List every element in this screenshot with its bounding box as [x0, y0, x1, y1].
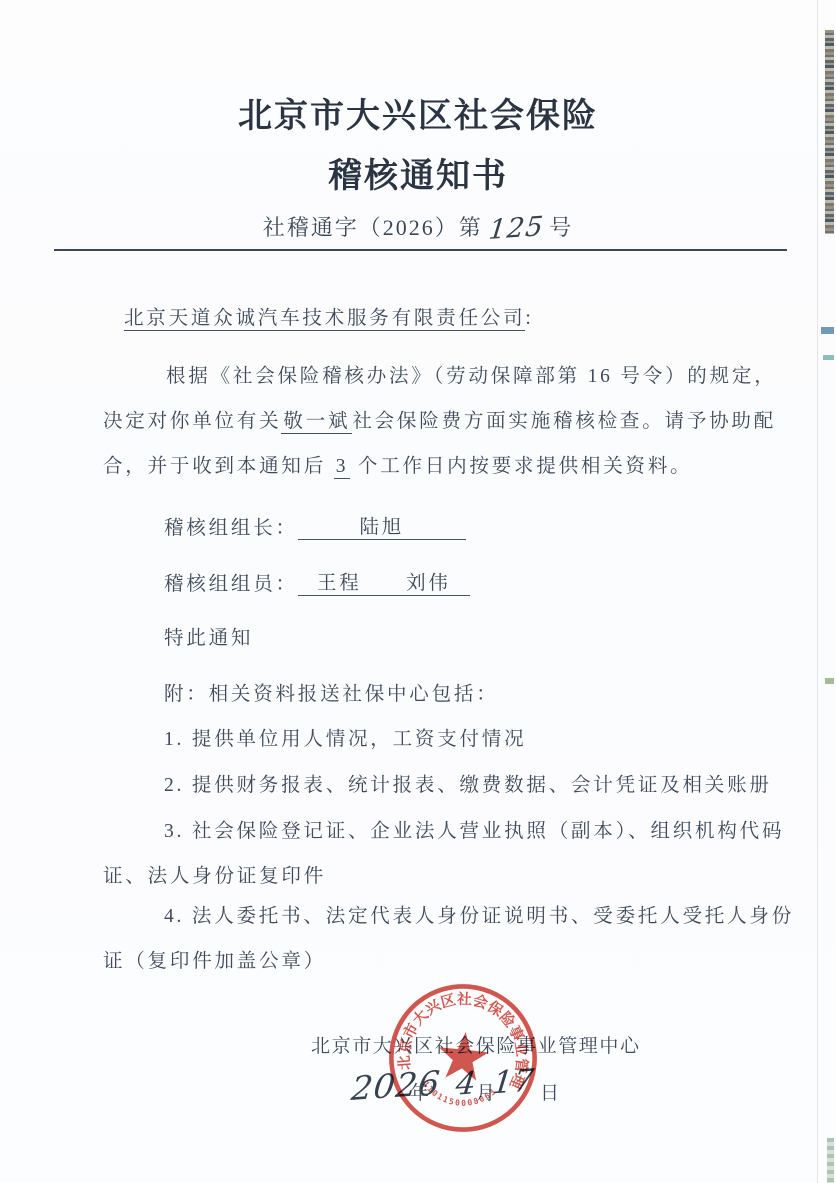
document-number-prefix: 社稽通字（2026）第: [263, 211, 483, 242]
seal-ring-text: 北京市大兴区社会保险事业管理中心: [378, 973, 540, 1092]
document-number-line: 社稽通字（2026）第 125 号: [0, 211, 836, 242]
paragraph-line2-post: 社会保险费方面实施稽核检查。请予协助配: [352, 411, 776, 432]
leader-name-blank: 陆旭: [298, 511, 466, 540]
scan-artifact-green-mark: [825, 678, 834, 684]
members-names-blank: 王程 刘伟: [298, 567, 470, 596]
handwritten-document-number: 125: [487, 211, 545, 246]
notice-text: 特此通知: [164, 622, 253, 650]
addressee-colon: :: [525, 308, 533, 329]
audit-team-leader-row: 稽核组组长：陆旭: [164, 511, 466, 540]
attachment-item-4-line2: 证（复印件加盖公章）: [103, 945, 326, 973]
attachment-item-3-line1: 3. 社会保险登记证、企业法人营业执照（副本）、组织机构代码: [164, 815, 784, 843]
paragraph-line2-pre: 决定对你单位有关: [103, 411, 281, 432]
seal-ring-text-container: 北京市大兴区社会保险事业管理中心: [378, 973, 540, 1092]
scan-artifact-blue-mark: [821, 327, 834, 334]
header-separator-line: [54, 249, 787, 251]
paragraph-line3-pre: 合，并于收到本通知后: [103, 456, 334, 477]
working-days-count: 3: [334, 456, 351, 479]
paragraph-line3-post: 个工作日内按要求提供相关资料。: [350, 456, 692, 477]
scan-artifact-noise-strip: [825, 30, 834, 234]
scan-artifact-edge-line: [817, 0, 818, 1183]
audit-team-members-row: 稽核组组员：王程 刘伟: [164, 567, 470, 596]
attachment-heading: 附：相关资料报送社保中心包括：: [164, 678, 499, 706]
attachment-item-4-line1: 4. 法人委托书、法定代表人身份证说明书、受委托人受托人身份: [164, 900, 794, 928]
addressee-company-name: 北京天道众诚汽车技术服务有限责任公司: [124, 308, 525, 331]
scan-artifact-teal-mark: [823, 355, 834, 360]
scanned-notice-page: 北京市大兴区社会保险 稽核通知书 社稽通字（2026）第 125 号 北京天道众…: [0, 0, 836, 1183]
seal-star-icon: [436, 1029, 490, 1081]
official-seal: 北京市大兴区社会保险事业管理中心 11011500080633: [378, 973, 547, 1142]
members-label: 稽核组组员：: [164, 574, 298, 595]
leader-label: 稽核组组长：: [164, 518, 298, 539]
body-paragraph-line2: 决定对你单位有关敬一斌社会保险费方面实施稽核检查。请予协助配: [103, 405, 776, 433]
scan-artifact-bottom-mark: [827, 1138, 834, 1183]
day-unit-label: 日: [540, 1078, 559, 1105]
attachment-item-2: 2. 提供财务报表、统计报表、缴费数据、会计凭证及相关账册: [164, 769, 772, 797]
document-number-suffix: 号: [549, 211, 573, 242]
attachment-item-1: 1. 提供单位用人情况，工资支付情况: [164, 723, 526, 751]
document-title-line2: 稽核通知书: [0, 158, 836, 195]
body-paragraph-line3: 合，并于收到本通知后 3 个工作日内按要求提供相关资料。: [103, 450, 692, 478]
audited-subject-name: 敬一斌: [281, 411, 352, 434]
addressee-line: 北京天道众诚汽车技术服务有限责任公司:: [124, 302, 534, 330]
body-paragraph-line1: 根据《社会保险稽核办法》（劳动保障部第 16 号令）的规定，: [166, 360, 777, 388]
document-title-line1: 北京市大兴区社会保险: [0, 98, 836, 135]
attachment-item-3-line2: 证、法人身份证复印件: [103, 860, 326, 888]
